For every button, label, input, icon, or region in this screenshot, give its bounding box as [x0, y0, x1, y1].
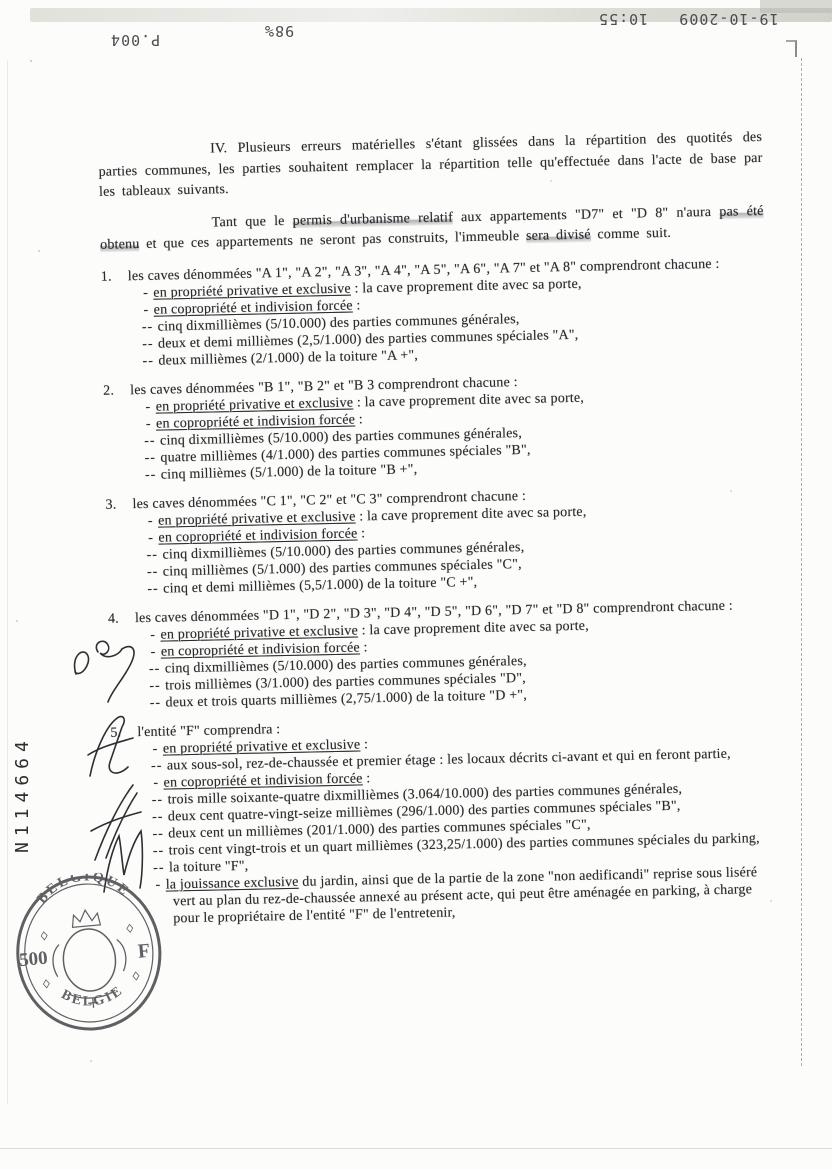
- corner-mark: [786, 40, 797, 57]
- text-run: du jardin, ainsi que de la partie de la …: [173, 865, 758, 926]
- initial-stroke: [91, 812, 141, 831]
- scan-noise-specks: [30, 60, 32, 62]
- dash-marker: --: [144, 450, 160, 465]
- fax-timestamp: 19-10-2009 10:55: [598, 10, 779, 28]
- list-item: 1.les caves dénommées "A 1", "A 2", "A 3…: [93, 254, 767, 370]
- text-run: IV. Plusieurs erreurs matérielles s'étan…: [98, 130, 762, 200]
- smudged-phrase: permis d'urbanisme relatif: [293, 210, 454, 228]
- item-number: 2.: [103, 382, 114, 399]
- text-run: la toiture "F",: [169, 858, 249, 875]
- text-run: aux appartements "D7" et "D 8" n'aura: [453, 204, 720, 225]
- dash-marker: --: [142, 336, 158, 351]
- intro-paragraphs: IV. Plusieurs erreurs matérielles s'étan…: [90, 128, 764, 257]
- sections: 1.les caves dénommées "A 1", "A 2", "A 3…: [93, 254, 779, 928]
- smudged-phrase: sera divisé: [526, 228, 591, 244]
- item-number: 3.: [105, 496, 116, 513]
- text-run: :: [360, 737, 368, 752]
- text-run: :: [360, 640, 368, 655]
- list-item: 2.les caves dénommées "B 1", "B 2" et "B…: [95, 368, 769, 484]
- list-item: 4.les caves dénommées "D 1", "D 2", "D 3…: [100, 596, 774, 712]
- handwritten-initials: [62, 634, 162, 899]
- dash-marker: -: [148, 530, 158, 545]
- dash-marker: --: [145, 467, 161, 482]
- text-run: :: [357, 526, 365, 541]
- text-run: Tant que le: [212, 213, 293, 230]
- initial-stroke: [90, 717, 128, 776]
- text-run: et que ces appartements ne seront pas co…: [139, 229, 526, 252]
- revenue-stamp: BELGIQUE BELGIE 500 F: [7, 868, 171, 1042]
- intro-paragraph: Tant que le permis d'urbanisme relatif a…: [100, 201, 765, 256]
- dash-marker: -: [145, 399, 155, 414]
- stamp-country-top-text: BELGIQUE: [32, 868, 133, 908]
- dash-marker: --: [142, 319, 158, 334]
- item-number: 4.: [108, 610, 119, 627]
- dash-marker: -: [143, 302, 153, 317]
- text-run: cinq millièmes (5/1.000) de la toiture "…: [161, 462, 418, 482]
- dash-marker: --: [142, 353, 158, 368]
- stamp-currency: F: [137, 940, 151, 963]
- initial-stroke: [88, 738, 133, 755]
- fax-scale-percent: 98%: [264, 22, 294, 40]
- list-item: 3.les caves dénommées "C 1", "C 2" et "C…: [97, 482, 771, 598]
- initial-stroke: [108, 647, 134, 702]
- item-number: 1.: [101, 268, 112, 285]
- text-run: comme suit.: [591, 226, 672, 243]
- dash-marker: --: [147, 564, 163, 579]
- registration-number: N114664: [12, 695, 33, 853]
- text-run: :: [353, 298, 361, 313]
- underlined-phrase: la jouissance exclusive: [166, 874, 299, 892]
- intro-paragraph: IV. Plusieurs erreurs matérielles s'étan…: [98, 128, 763, 203]
- scanned-document-page: 19-10-2009 10:55 98% P.004 IV. Plusieurs…: [0, 0, 832, 1169]
- initial-stroke: [96, 641, 122, 656]
- dash-marker: --: [147, 581, 163, 596]
- scan-edge-line-left: [7, 60, 8, 1104]
- stamp-crown: [71, 909, 100, 927]
- stamp-branch-left: [52, 945, 62, 978]
- fax-page-number: P.004: [110, 31, 160, 49]
- dash-marker: -: [146, 416, 156, 431]
- stamp-shield: [61, 927, 118, 993]
- stamp-country-top: BELGIQUE: [32, 868, 133, 908]
- stamp-denomination: 500: [18, 948, 48, 971]
- dash-marker: -: [143, 285, 153, 300]
- text-run: :: [355, 412, 363, 427]
- list-item: 5.l'entité "F" comprendra :- en propriét…: [102, 710, 778, 928]
- initial-stroke: [75, 652, 89, 674]
- dash-marker: -: [148, 513, 158, 528]
- scan-edge-line-bottom: [0, 1148, 832, 1149]
- dash-marker: --: [147, 547, 163, 562]
- stamp-branch-right: [117, 939, 127, 972]
- text-run: :: [362, 771, 370, 786]
- dash-marker: --: [144, 433, 160, 448]
- document-body: IV. Plusieurs erreurs matérielles s'étan…: [90, 128, 779, 940]
- scan-edge-line-right: [801, 58, 802, 1066]
